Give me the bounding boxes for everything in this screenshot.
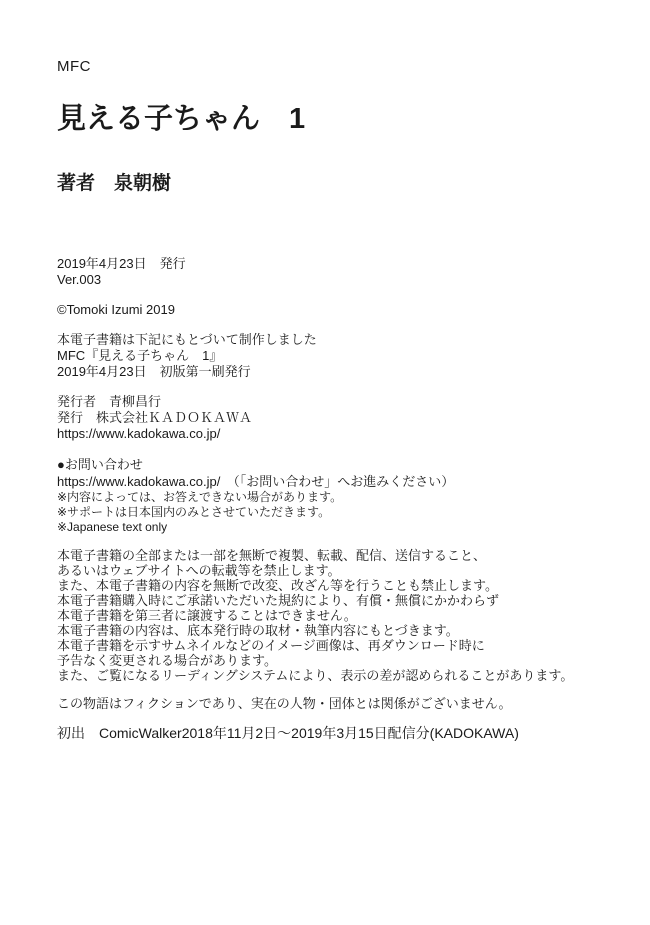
imprint-label: MFC — [57, 58, 610, 76]
legal-line: 本電子書籍購入時にご承諾いただいた規約により、有償・無償にかかわらず — [57, 593, 610, 608]
legal-block: 本電子書籍の全部または一部を無断で複製、転載、配信、送信すること、 あるいはウェ… — [57, 548, 610, 683]
publication-date: 2019年4月23日 発行 — [57, 256, 610, 272]
contact-url: https://www.kadokawa.co.jp/ （「お問い合わせ」へお進… — [57, 473, 610, 490]
page-title: 見える子ちゃん 1 — [57, 101, 610, 137]
publisher-person: 発行者 青柳昌行 — [57, 394, 610, 410]
source-block: 本電子書籍は下記にもとづいて制作しました MFC『見える子ちゃん 1』 2019… — [57, 332, 610, 380]
contact-note: ※内容によっては、お答えできない場合があります。 — [57, 490, 610, 505]
contact-heading: ●お問い合わせ — [57, 456, 610, 473]
legal-line: 本電子書籍の全部または一部を無断で複製、転載、配信、送信すること、 — [57, 548, 610, 563]
legal-line: また、本電子書籍の内容を無断で改変、改ざん等を行うことも禁止します。 — [57, 578, 610, 593]
publisher-company: 発行 株式会社ＫＡＤＯＫＡＷＡ — [57, 410, 610, 426]
legal-line: 予告なく変更される場合があります。 — [57, 653, 610, 668]
legal-line: あるいはウェブサイトへの転載等を禁止します。 — [57, 563, 610, 578]
legal-line: 本電子書籍を第三者に譲渡することはできません。 — [57, 608, 610, 623]
contact-block: ●お問い合わせ https://www.kadokawa.co.jp/ （「お問… — [57, 456, 610, 535]
publisher-url: https://www.kadokawa.co.jp/ — [57, 426, 610, 442]
contact-note: ※Japanese text only — [57, 520, 610, 535]
legal-line: 本電子書籍を示すサムネイルなどのイメージ画像は、再ダウンロード時に — [57, 638, 610, 653]
source-intro: 本電子書籍は下記にもとづいて制作しました — [57, 332, 610, 348]
source-print-date: 2019年4月23日 初版第一刷発行 — [57, 364, 610, 380]
copyright-notice: ©Tomoki Izumi 2019 — [57, 302, 610, 318]
publisher-block: 発行者 青柳昌行 発行 株式会社ＫＡＤＯＫＡＷＡ https://www.kad… — [57, 394, 610, 442]
copyright-block: ©Tomoki Izumi 2019 — [57, 302, 610, 318]
legal-line: 本電子書籍の内容は、底本発行時の取材・執筆内容にもとづきます。 — [57, 623, 610, 638]
fiction-notice: この物語はフィクションであり、実在の人物・団体とは関係がございません。 — [57, 696, 610, 712]
source-book: MFC『見える子ちゃん 1』 — [57, 348, 610, 364]
colophon-page: MFC 見える子ちゃん 1 著者 泉朝樹 2019年4月23日 発行 Ver.0… — [0, 0, 650, 925]
fiction-notice-block: この物語はフィクションであり、実在の人物・団体とは関係がございません。 — [57, 696, 610, 712]
publication-block: 2019年4月23日 発行 Ver.003 — [57, 256, 610, 288]
contact-note: ※サポートは日本国内のみとさせていただきます。 — [57, 505, 610, 520]
version-label: Ver.003 — [57, 272, 610, 288]
first-publication-line: 初出 ComicWalker2018年11月2日～2019年3月15日配信分(K… — [57, 724, 610, 742]
legal-line: また、ご覧になるリーディングシステムにより、表示の差が認められることがあります。 — [57, 668, 610, 683]
author-line: 著者 泉朝樹 — [57, 172, 610, 196]
